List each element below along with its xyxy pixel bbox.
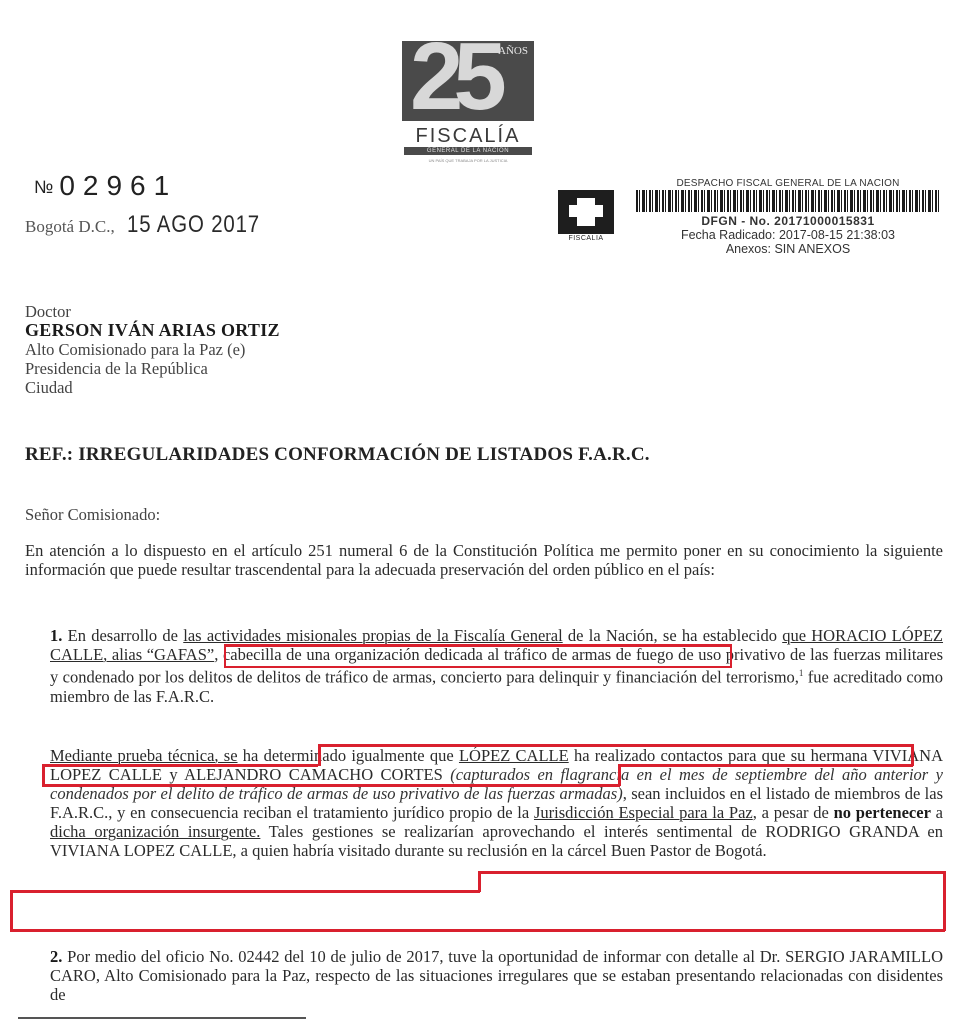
radicado-value: 02961 [59,170,177,201]
addressee-city: Ciudad [25,378,280,397]
city: Bogotá D.C., [25,217,115,236]
footnote-separator [18,1017,306,1019]
radicado-number: №02961 [34,170,177,202]
annotation-box-lopez-bottom [42,784,620,787]
annotation-box-lopez-top [318,744,914,747]
annotation-box-lopez-inner [318,744,321,766]
annotation-box-lopez-left-top [42,764,318,767]
intro-paragraph: En atención a lo dispuesto en el artícul… [25,541,943,579]
item-1b-text-g: a [931,803,943,822]
item-1b-underlined-e: Jurisdicción Especial para la Paz [534,803,753,822]
addressee-position: Alto Comisionado para la Paz (e) [25,340,280,359]
logo-subtitle: GENERAL DE LA NACIÓN [404,147,532,155]
item-1b-bold: no pertenecer [834,803,931,822]
item-1b-underlined-b: LÓPEZ CALLE [459,746,569,765]
item-2-text: Por medio del oficio No. 02442 del 10 de… [50,947,943,1004]
stamp-logo-label: FISCALIA [555,235,617,242]
fiscalia-25-anos-logo: 25 AÑOS FISCALÍA GENERAL DE LA NACIÓN UN… [402,41,534,163]
annotation-box-lopez-mid [618,764,913,767]
item-1b-underlined-a: Mediante prueba técnica, se [50,746,238,765]
annotation-box-lopez-step [618,764,621,786]
reference-line: REF.: IRREGULARIDADES CONFORMACIÓN DE LI… [25,444,650,466]
logo-brand: FISCALÍA [402,125,534,148]
item-1-text-a: En desarrollo de [68,626,184,645]
annotation-box-granda-bottom [10,929,945,932]
item-1-number: 1. [50,626,62,645]
logo-badge: 25 AÑOS [402,41,534,121]
annotation-box-granda-right [943,871,946,931]
reception-stamp: DESPACHO FISCAL GENERAL DE LA NACION DFG… [628,178,948,256]
radicado-glyph: № [34,177,53,197]
logo-anos: AÑOS [498,45,528,57]
annotation-line-top-1 [224,644,732,646]
annotation-box-granda-top [478,871,945,874]
stamp-dfgn-number: DFGN - No. 20171000015831 [628,214,948,228]
item-1b-text-b: ha determinado igualmente que [238,746,459,765]
item-2-paragraph: 2. Por medio del oficio No. 02442 del 10… [50,947,943,1004]
stamp-fecha: Fecha Radicado: 2017-08-15 21:38:03 [628,228,948,242]
item-2-number: 2. [50,947,62,966]
item-1b-text-f: , a pesar de [753,803,834,822]
puzzle-piece-horizontal [569,205,603,217]
barcode [636,190,940,212]
item-1-underlined-a: las actividades misionales propias de la… [183,626,562,645]
annotation-box-granda-left [10,890,13,931]
fiscalia-stamp-logo: FISCALIA [555,190,617,248]
stamp-header: DESPACHO FISCAL GENERAL DE LA NACION [628,178,948,189]
addressee-title: Doctor [25,302,280,321]
salutation: Señor Comisionado: [25,505,160,525]
item-1-paragraph: 1. En desarrollo de las actividades misi… [50,626,943,706]
annotation-box-granda-step-h [10,890,480,893]
logo-number: 25 [410,41,497,121]
annotation-box-lopez-right [911,744,914,766]
stamp-anexos: Anexos: SIN ANEXOS [628,242,948,256]
annotation-box-granda-step-v [478,871,481,892]
item-1b-underlined-g: dicha organización insurgente. [50,822,260,841]
logo-tagline: UN PAÍS QUE TRABAJA POR LA JUSTICIA [404,158,532,163]
item-1-text-b: de la Nación, se ha establecido [563,626,783,645]
addressee-office: Presidencia de la República [25,359,280,378]
annotation-box-lopez-left [42,764,45,786]
city-date-line: Bogotá D.C., 15 AGO 2017 [25,211,283,239]
addressee-block: Doctor GERSON IVÁN ARIAS ORTIZ Alto Comi… [25,302,280,397]
addressee-name: GERSON IVÁN ARIAS ORTIZ [25,321,280,340]
item-1b-text-d: y ALEJANDRO CAMACHO CORTES [162,765,450,784]
date-stamp: 15 AGO 2017 [127,211,260,239]
